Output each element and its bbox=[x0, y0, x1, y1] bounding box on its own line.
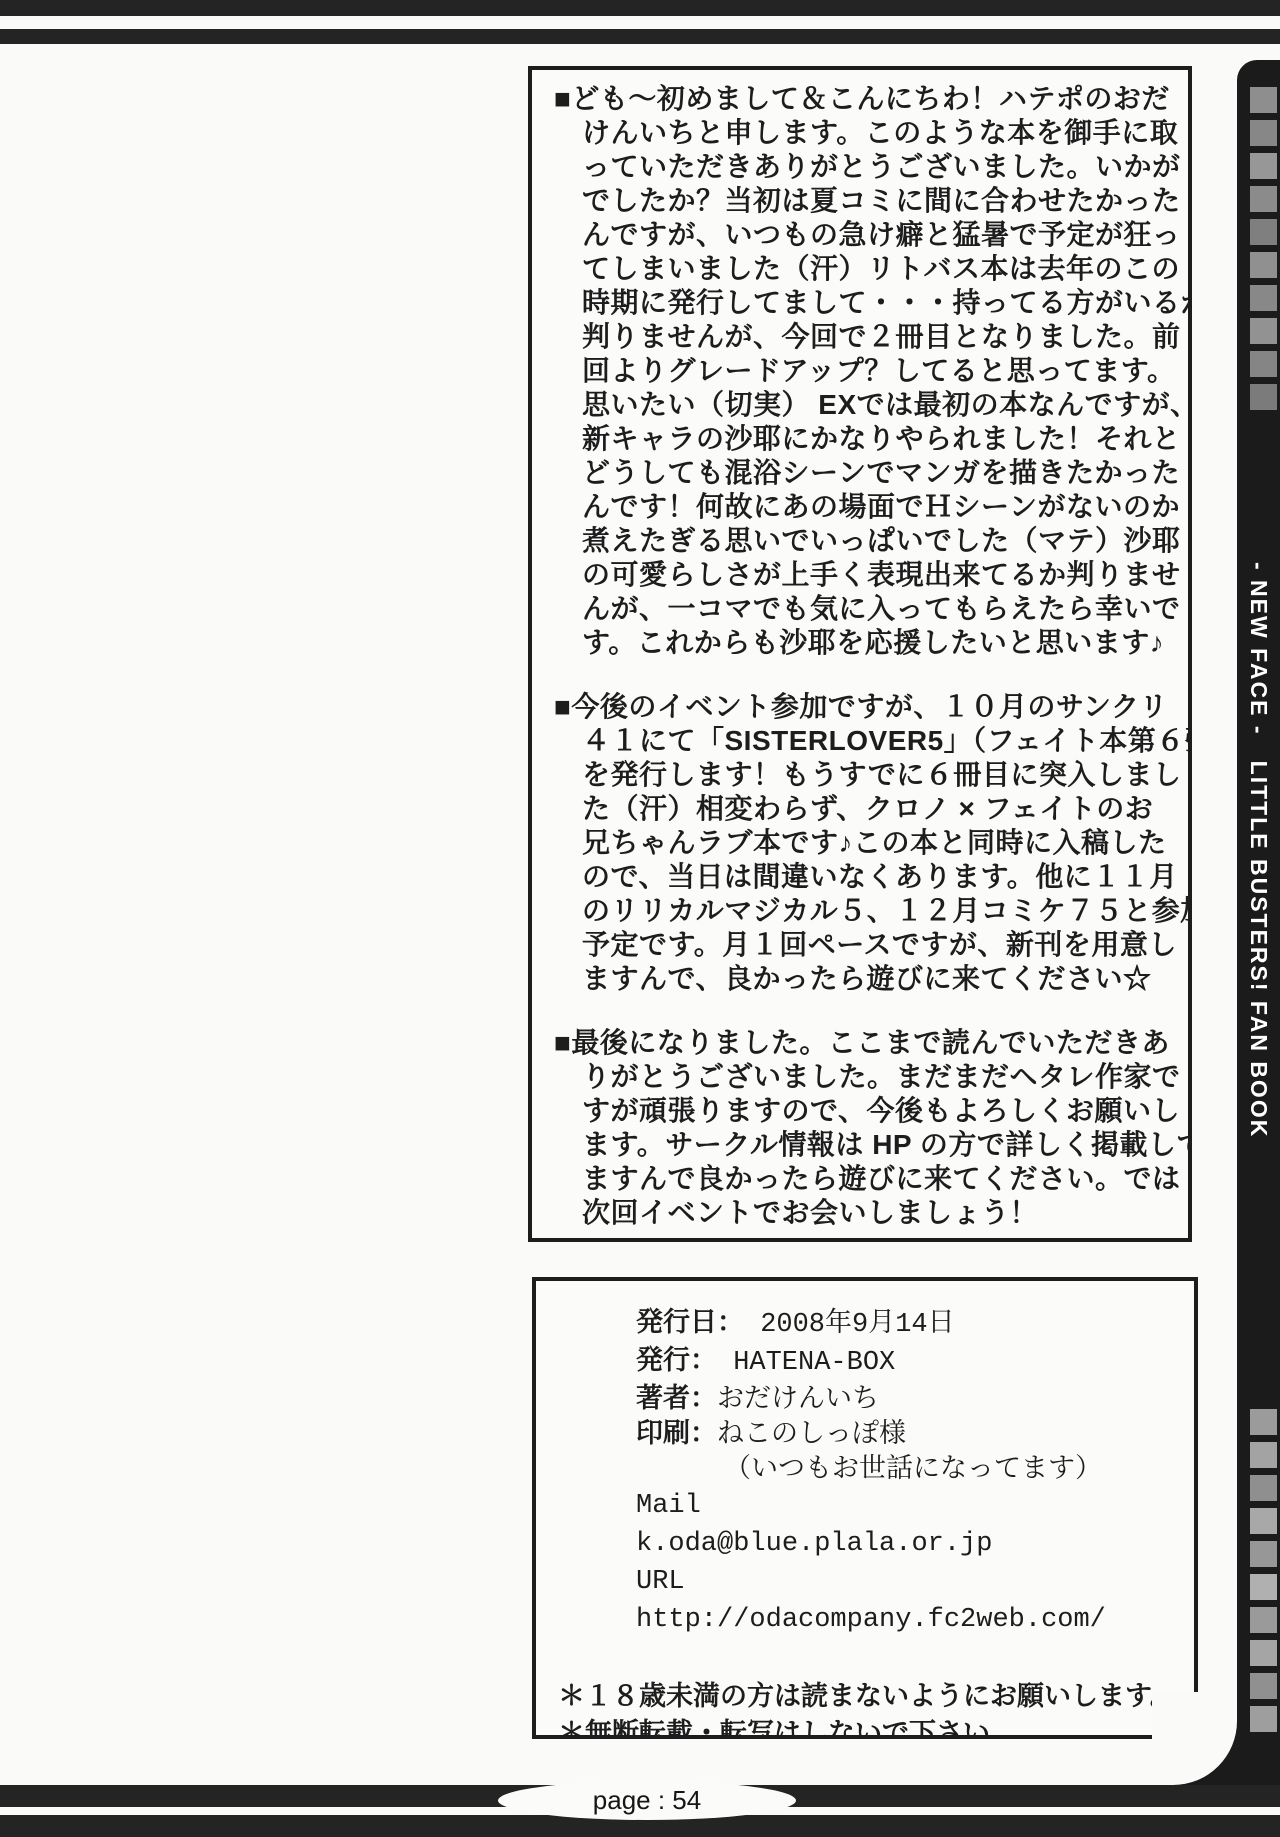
afterword-line: ので、当日は間違いなくあります。他に１１月 bbox=[582, 860, 1172, 894]
colophon-row: 発行： HATENA-BOX bbox=[536, 1343, 1194, 1381]
afterword-line: でしたか？当初は夏コミに間に合わせたかった bbox=[582, 184, 1172, 218]
afterword-paragraph: ■最後になりました。ここまで読んでいただきありがとうございました。まだまだヘタレ… bbox=[554, 1026, 1172, 1230]
afterword-line: んですが、いつもの急け癖と猛暑で予定が狂っ bbox=[582, 218, 1172, 252]
afterword-line: っていただきありがとうございました。いかが bbox=[582, 150, 1172, 184]
afterword-line: 兄ちゃんラブ本です♪この本と同時に入稿した bbox=[582, 826, 1172, 860]
afterword-line: のリリカルマジカル５、１２月コミケ７５と参加 bbox=[582, 894, 1172, 928]
film-strip-square bbox=[1250, 87, 1277, 113]
afterword-line: けんいちと申します。このような本を御手に取 bbox=[582, 116, 1172, 150]
colophon-value: （いつもお世話になってます） bbox=[724, 1453, 1102, 1483]
afterword-text: ■ども～初めまして＆こんにちわ！ハテポのおだけんいちと申します。このような本を御… bbox=[554, 82, 1172, 1230]
colophon-row: （いつもお世話になってます） bbox=[536, 1451, 1194, 1486]
afterword-box: ■ども～初めまして＆こんにちわ！ハテポのおだけんいちと申します。このような本を御… bbox=[528, 66, 1192, 1242]
film-strip-square bbox=[1250, 285, 1277, 311]
afterword-line: 回よりグレードアップ？してると思ってます。 bbox=[582, 354, 1172, 388]
colophon-row: 著者：おだけんいち bbox=[536, 1381, 1194, 1416]
afterword-line: ■ども～初めまして＆こんにちわ！ハテポのおだ bbox=[582, 82, 1172, 116]
film-strip-square bbox=[1250, 219, 1277, 245]
top-border-band-inner bbox=[0, 29, 1280, 44]
afterword-paragraph: ■ども～初めまして＆こんにちわ！ハテポのおだけんいちと申します。このような本を御… bbox=[554, 82, 1172, 660]
notice-line: ＊１８歳未満の方は読まないようにお願いします。 bbox=[558, 1678, 1194, 1715]
afterword-line: んです！何故にあの場面でＨシーンがないのか bbox=[582, 490, 1172, 524]
film-strip-square bbox=[1250, 1640, 1277, 1666]
afterword-line: すが頑張りますので、今後もよろしくお願いし bbox=[582, 1094, 1172, 1128]
afterword-line: りがとうございました。まだまだヘタレ作家で bbox=[582, 1060, 1172, 1094]
colophon-value: ねこのしっぽ様 bbox=[717, 1418, 906, 1448]
film-strip-square bbox=[1250, 1607, 1277, 1633]
film-strip-square bbox=[1250, 351, 1277, 377]
colophon-row: http://odacompany.fc2web.com/ bbox=[536, 1600, 1194, 1638]
film-strip-square bbox=[1250, 1574, 1277, 1600]
film-strip-square bbox=[1250, 153, 1277, 179]
film-strip-square bbox=[1250, 1442, 1277, 1468]
afterword-line: 煮えたぎる思いでいっぱいでした（マテ）沙耶 bbox=[582, 524, 1172, 558]
side-vertical-title: - NEW FACE - LITTLE BUSTERS! FAN BOOK bbox=[1245, 562, 1272, 1222]
colophon-value: HATENA-BOX bbox=[717, 1348, 895, 1378]
afterword-line: た（汗）相変わらず、クロノ × フェイトのお bbox=[582, 792, 1172, 826]
afterword-line: 判りませんが、今回で２冊目となりました。前 bbox=[582, 320, 1172, 354]
afterword-line: どうしても混浴シーンでマンガを描きたかった bbox=[582, 456, 1172, 490]
colophon-value: URL bbox=[636, 1567, 685, 1597]
film-strip-square bbox=[1250, 1409, 1277, 1435]
notice-line: ＊無断転載・転写はしないで下さい。 bbox=[558, 1715, 1194, 1739]
right-margin-bar: - NEW FACE - LITTLE BUSTERS! FAN BOOK bbox=[1237, 60, 1280, 1807]
colophon-row: k.oda@blue.plala.or.jp bbox=[536, 1524, 1194, 1562]
top-border-band-outer bbox=[0, 0, 1280, 16]
film-strip-square bbox=[1250, 1475, 1277, 1501]
film-strip-square bbox=[1250, 1541, 1277, 1567]
film-strip-square bbox=[1250, 384, 1277, 410]
afterword-line: 次回イベントでお会いしましょう！ bbox=[582, 1196, 1172, 1230]
afterword-line: の可愛らしさが上手く表現出来てるか判りませ bbox=[582, 558, 1172, 592]
afterword-line: す。これからも沙耶を応援したいと思います♪ bbox=[582, 626, 1172, 660]
film-strip-square bbox=[1250, 120, 1277, 146]
afterword-paragraph: ■今後のイベント参加ですが、１０月のサンクリ４１にて「SISTERLOVER5」… bbox=[554, 690, 1172, 996]
afterword-line: 予定です。月１回ペースですが、新刊を用意し bbox=[582, 928, 1172, 962]
afterword-line: ますんで良かったら遊びに来てください。では bbox=[582, 1162, 1172, 1196]
afterword-line: ますんで、良かったら遊びに来てください☆ bbox=[582, 962, 1172, 996]
colophon-value: http://odacompany.fc2web.com/ bbox=[636, 1605, 1106, 1635]
colophon-box: 発行日： 2008年9月14日発行： HATENA-BOX著者：おだけんいち印刷… bbox=[532, 1277, 1198, 1739]
afterword-line: ■最後になりました。ここまで読んでいただきあ bbox=[582, 1026, 1172, 1060]
afterword-line: 思いたい（切実） EXでは最初の本なんですが、 bbox=[582, 388, 1172, 422]
colophon-row: URL bbox=[536, 1562, 1194, 1600]
film-strip-square bbox=[1250, 1673, 1277, 1699]
colophon-value: 2008年9月14日 bbox=[744, 1310, 955, 1340]
afterword-line: ４１にて「SISTERLOVER5」（フェイト本第６弾） bbox=[582, 724, 1172, 758]
scanned-doujinshi-page: { "page": { "bg": "#fafaf8", "ink": "#1d… bbox=[0, 0, 1280, 1837]
page-number-label: page : 54 bbox=[593, 1785, 701, 1816]
colophon-rows: 発行日： 2008年9月14日発行： HATENA-BOX著者：おだけんいち印刷… bbox=[536, 1305, 1194, 1638]
afterword-line: ます。サークル情報は HP の方で詳しく掲載して bbox=[582, 1128, 1172, 1162]
colophon-row: 印刷：ねこのしっぽ様 bbox=[536, 1416, 1194, 1451]
afterword-line: 新キャラの沙耶にかなりやられました！それと bbox=[582, 422, 1172, 456]
colophon-label: 印刷： bbox=[636, 1418, 717, 1448]
afterword-line: を発行します！もうすでに６冊目に突入しまし bbox=[582, 758, 1172, 792]
afterword-line: ■今後のイベント参加ですが、１０月のサンクリ bbox=[582, 690, 1172, 724]
afterword-line: んが、一コマでも気に入ってもらえたら幸いで bbox=[582, 592, 1172, 626]
afterword-line: 時期に発行してまして・・・持ってる方がいるか bbox=[582, 286, 1172, 320]
page-number-lens: page : 54 bbox=[498, 1781, 796, 1820]
film-strip-square bbox=[1250, 186, 1277, 212]
colophon-row: 発行日： 2008年9月14日 bbox=[536, 1305, 1194, 1343]
colophon-value: Mail bbox=[636, 1491, 701, 1521]
colophon-row: Mail bbox=[536, 1486, 1194, 1524]
colophon-label: 発行日： bbox=[636, 1307, 744, 1337]
colophon-label: 著者： bbox=[636, 1383, 717, 1413]
colophon-value: おだけんいち bbox=[717, 1383, 879, 1413]
colophon-label: 発行： bbox=[636, 1345, 717, 1375]
film-strip-square bbox=[1250, 318, 1277, 344]
film-strip-square bbox=[1250, 1508, 1277, 1534]
colophon-value: k.oda@blue.plala.or.jp bbox=[636, 1529, 992, 1559]
film-strip-square bbox=[1250, 252, 1277, 278]
afterword-line: てしまいました（汗）リトバス本は去年のこの bbox=[582, 252, 1172, 286]
age-notices: ＊１８歳未満の方は読まないようにお願いします。＊無断転載・転写はしないで下さい。 bbox=[536, 1678, 1194, 1739]
film-strip-square bbox=[1250, 1706, 1277, 1732]
